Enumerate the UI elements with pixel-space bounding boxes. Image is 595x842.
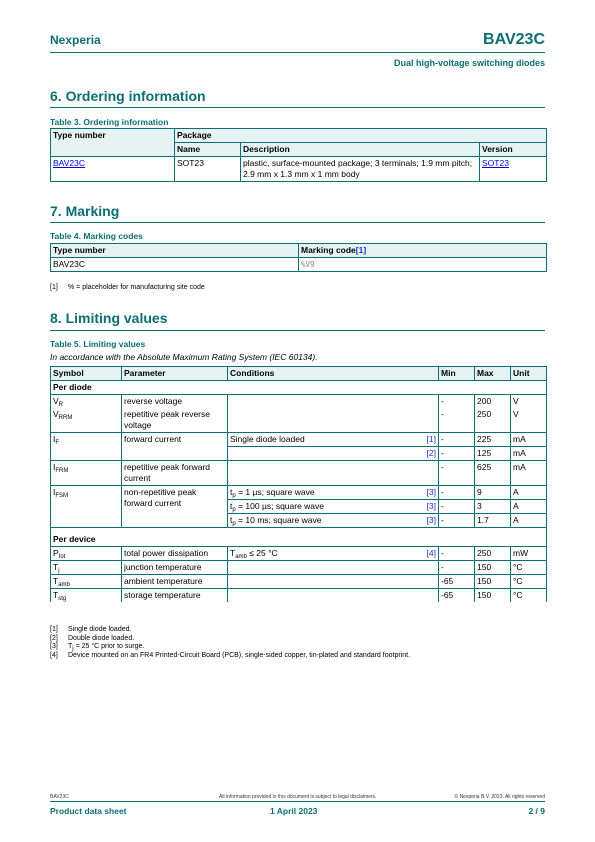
- min: -: [439, 500, 475, 514]
- unit: V: [511, 395, 547, 409]
- conditions: [2]: [228, 447, 439, 461]
- footer-disclaimer: All information provided in this documen…: [219, 794, 377, 800]
- parameter: repetitive peak forward current: [122, 461, 228, 486]
- header-description: Description: [241, 143, 480, 157]
- max: 1.7: [475, 514, 511, 528]
- note-ref-link[interactable]: [1]: [427, 434, 436, 445]
- note-ref-link[interactable]: [4]: [427, 548, 436, 559]
- conditions: [228, 561, 439, 575]
- parameter: total power dissipation: [122, 547, 228, 561]
- marking-notes: [1]% = placeholder for manufacturing sit…: [50, 284, 205, 293]
- symbol: Tstg: [51, 589, 122, 603]
- table-row: IF forward current Single diode loaded[1…: [51, 433, 547, 447]
- unit: °C: [511, 561, 547, 575]
- unit: V: [511, 408, 547, 433]
- unit: mA: [511, 461, 547, 486]
- unit: °C: [511, 575, 547, 589]
- table-row: IFSM non-repetitive peak forward current…: [51, 486, 547, 500]
- footer-date: 1 April 2023: [270, 806, 317, 816]
- header-type-number: Type number: [51, 244, 299, 258]
- table-row: VR reverse voltage - 200 V: [51, 395, 547, 409]
- section-title-ordering: 6. Ordering information: [50, 88, 206, 104]
- max: 9: [475, 486, 511, 500]
- note-ref-link[interactable]: [2]: [427, 448, 436, 459]
- min: -65: [439, 589, 475, 603]
- header-parameter: Parameter: [122, 367, 228, 381]
- note-ref-link[interactable]: [3]: [427, 487, 436, 498]
- parameter: non-repetitive peak forward current: [122, 486, 228, 528]
- min: -: [439, 461, 475, 486]
- conditions: [228, 461, 439, 486]
- table-row: Tj junction temperature - 150 °C: [51, 561, 547, 575]
- table-row: Tstg storage temperature -65 150 °C: [51, 589, 547, 603]
- footer-part-number: BAV23C: [50, 794, 69, 800]
- note-ref: [1]: [50, 284, 68, 293]
- symbol: Ptot: [51, 547, 122, 561]
- max: 3: [475, 500, 511, 514]
- section-title-marking: 7. Marking: [50, 203, 119, 219]
- parameter: ambient temperature: [122, 575, 228, 589]
- part-number-title: BAV23C: [483, 31, 545, 49]
- table-row: BAV23C %V9: [51, 258, 547, 272]
- header-unit: Unit: [511, 367, 547, 381]
- limiting-values-table: Symbol Parameter Conditions Min Max Unit…: [50, 366, 547, 602]
- conditions: tp = 100 µs; square wave[3]: [228, 500, 439, 514]
- conditions: [228, 589, 439, 603]
- document-subtitle: Dual high-voltage switching diodes: [394, 58, 545, 68]
- max: 150: [475, 589, 511, 603]
- marking-code-label: Marking code: [301, 245, 356, 255]
- limiting-notes: [1]Single diode loaded. [2]Double diode …: [50, 626, 410, 660]
- parameter: reverse voltage: [122, 395, 228, 409]
- table-row: IFRM repetitive peak forward current - 6…: [51, 461, 547, 486]
- unit: °C: [511, 589, 547, 603]
- group-per-device: Per device: [51, 528, 547, 547]
- symbol: Tamb: [51, 575, 122, 589]
- unit: mW: [511, 547, 547, 561]
- marking-note-ref[interactable]: [1]: [356, 245, 366, 255]
- parameter: storage temperature: [122, 589, 228, 603]
- header-min: Min: [439, 367, 475, 381]
- group-per-diode: Per diode: [51, 381, 547, 395]
- min: -: [439, 408, 475, 433]
- unit: mA: [511, 433, 547, 447]
- max: 250: [475, 547, 511, 561]
- header-name: Name: [175, 143, 241, 157]
- package-description: plastic, surface-mounted package; 3 term…: [241, 157, 480, 182]
- conditions: tp = 1 µs; square wave[3]: [228, 486, 439, 500]
- header-marking-code: Marking code[1]: [299, 244, 547, 258]
- parameter: junction temperature: [122, 561, 228, 575]
- header-package: Package: [175, 129, 547, 143]
- table-caption-marking: Table 4. Marking codes: [50, 231, 143, 241]
- header-version: Version: [480, 143, 547, 157]
- symbol: VRRM: [51, 408, 122, 433]
- min: -: [439, 547, 475, 561]
- table-subcaption: In accordance with the Absolute Maximum …: [50, 352, 318, 362]
- type-number: BAV23C: [51, 258, 299, 272]
- table-row: BAV23C SOT23 plastic, surface-mounted pa…: [51, 157, 547, 182]
- unit: A: [511, 486, 547, 500]
- min: -: [439, 514, 475, 528]
- max: 200: [475, 395, 511, 409]
- package-version-link[interactable]: SOT23: [482, 158, 509, 168]
- footer-copyright: © Nexperia B.V. 2023. All rights reserve…: [455, 794, 546, 800]
- header-conditions: Conditions: [228, 367, 439, 381]
- conditions: Tamb ≤ 25 °C[4]: [228, 547, 439, 561]
- max: 625: [475, 461, 511, 486]
- header-divider: [50, 52, 545, 53]
- symbol: IFRM: [51, 461, 122, 486]
- parameter: repetitive peak reverse voltage: [122, 408, 228, 433]
- marking-code-value: %V9: [301, 260, 315, 269]
- symbol: VR: [51, 395, 122, 409]
- symbol: IFSM: [51, 486, 122, 528]
- symbol: IF: [51, 433, 122, 461]
- note-item: [4]Device mounted on an FR4 Printed-Circ…: [50, 652, 410, 661]
- min: -: [439, 395, 475, 409]
- section-divider: [50, 222, 545, 223]
- table-caption-ordering: Table 3. Ordering information: [50, 117, 168, 127]
- section-divider: [50, 107, 545, 108]
- note-ref-link[interactable]: [3]: [427, 515, 436, 526]
- table-row: Ptot total power dissipation Tamb ≤ 25 °…: [51, 547, 547, 561]
- max: 225: [475, 433, 511, 447]
- note-item: [1]Single diode loaded.: [50, 626, 410, 635]
- section-divider: [50, 330, 545, 331]
- package-name: SOT23: [175, 157, 241, 182]
- min: -: [439, 486, 475, 500]
- table-row: Tamb ambient temperature -65 150 °C: [51, 575, 547, 589]
- marking-table: Type number Marking code[1] BAV23C %V9: [50, 243, 547, 272]
- min: -: [439, 433, 475, 447]
- symbol: Tj: [51, 561, 122, 575]
- footer-doc-type: Product data sheet: [50, 806, 127, 816]
- header-symbol: Symbol: [51, 367, 122, 381]
- unit: A: [511, 514, 547, 528]
- unit: mA: [511, 447, 547, 461]
- header-type-number: Type number: [51, 129, 175, 157]
- footer-page-number: 2 / 9: [528, 806, 545, 816]
- conditions: [228, 575, 439, 589]
- section-title-limiting: 8. Limiting values: [50, 310, 167, 326]
- note-item: [2]Double diode loaded.: [50, 635, 410, 644]
- type-number-link[interactable]: BAV23C: [53, 158, 85, 168]
- footer-divider: [50, 801, 545, 802]
- min: -: [439, 447, 475, 461]
- unit: A: [511, 500, 547, 514]
- parameter: forward current: [122, 433, 228, 461]
- note-item: [3]Tj = 25 °C prior to surge.: [50, 643, 410, 652]
- min: -65: [439, 575, 475, 589]
- brand-name: Nexperia: [50, 33, 101, 47]
- note-ref-link[interactable]: [3]: [427, 501, 436, 512]
- ordering-table: Type number Package Name Description Ver…: [50, 128, 547, 182]
- max: 150: [475, 561, 511, 575]
- conditions: Single diode loaded[1]: [228, 433, 439, 447]
- conditions: tp = 10 ms; square wave[3]: [228, 514, 439, 528]
- header-max: Max: [475, 367, 511, 381]
- conditions: [228, 395, 439, 433]
- note-text: % = placeholder for manufacturing site c…: [68, 284, 205, 293]
- max: 125: [475, 447, 511, 461]
- max: 150: [475, 575, 511, 589]
- table-caption-limiting: Table 5. Limiting values: [50, 339, 145, 349]
- max: 250: [475, 408, 511, 433]
- min: -: [439, 561, 475, 575]
